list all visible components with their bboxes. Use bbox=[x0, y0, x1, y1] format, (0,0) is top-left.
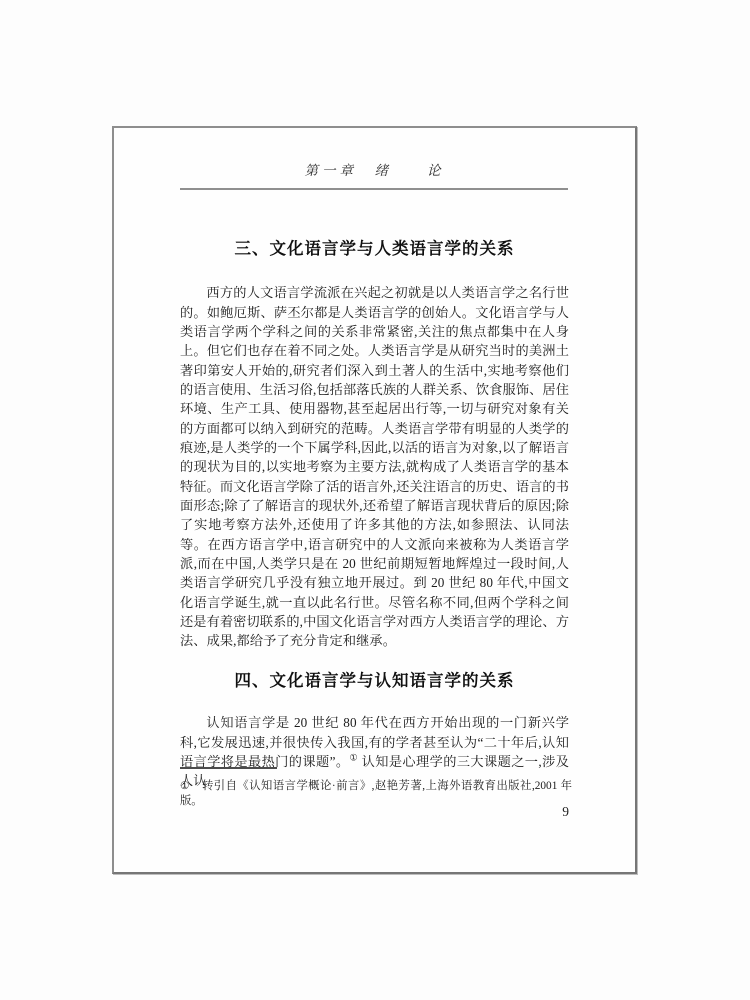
running-head-rule bbox=[180, 188, 568, 190]
footnote-reference-mark: ① bbox=[349, 752, 357, 762]
running-head-chapter-title: 第一章 绪 论 bbox=[114, 159, 635, 179]
footnote-text: 转引自《认知语言学概论·前言》,赵艳芳著,上海外语教育出版社,2001 年版。 bbox=[180, 780, 572, 807]
footnote-separator-rule bbox=[180, 767, 277, 769]
section-heading-3: 三、文化语言学与人类语言学的关系 bbox=[114, 235, 635, 259]
page-number: 9 bbox=[180, 804, 569, 820]
section-heading-4: 四、文化语言学与认知语言学的关系 bbox=[114, 667, 635, 691]
scan-background: 第一章 绪 论 三、文化语言学与人类语言学的关系 西方的人文语言学流派在兴起之初… bbox=[0, 0, 750, 1000]
book-page: 第一章 绪 论 三、文化语言学与人类语言学的关系 西方的人文语言学流派在兴起之初… bbox=[112, 126, 637, 874]
section-3-paragraph: 西方的人文语言学流派在兴起之初就是以人类语言学之名行世的。如鲍厄斯、萨丕尔都是人… bbox=[180, 283, 569, 651]
footnote-marker: ① bbox=[180, 779, 189, 794]
